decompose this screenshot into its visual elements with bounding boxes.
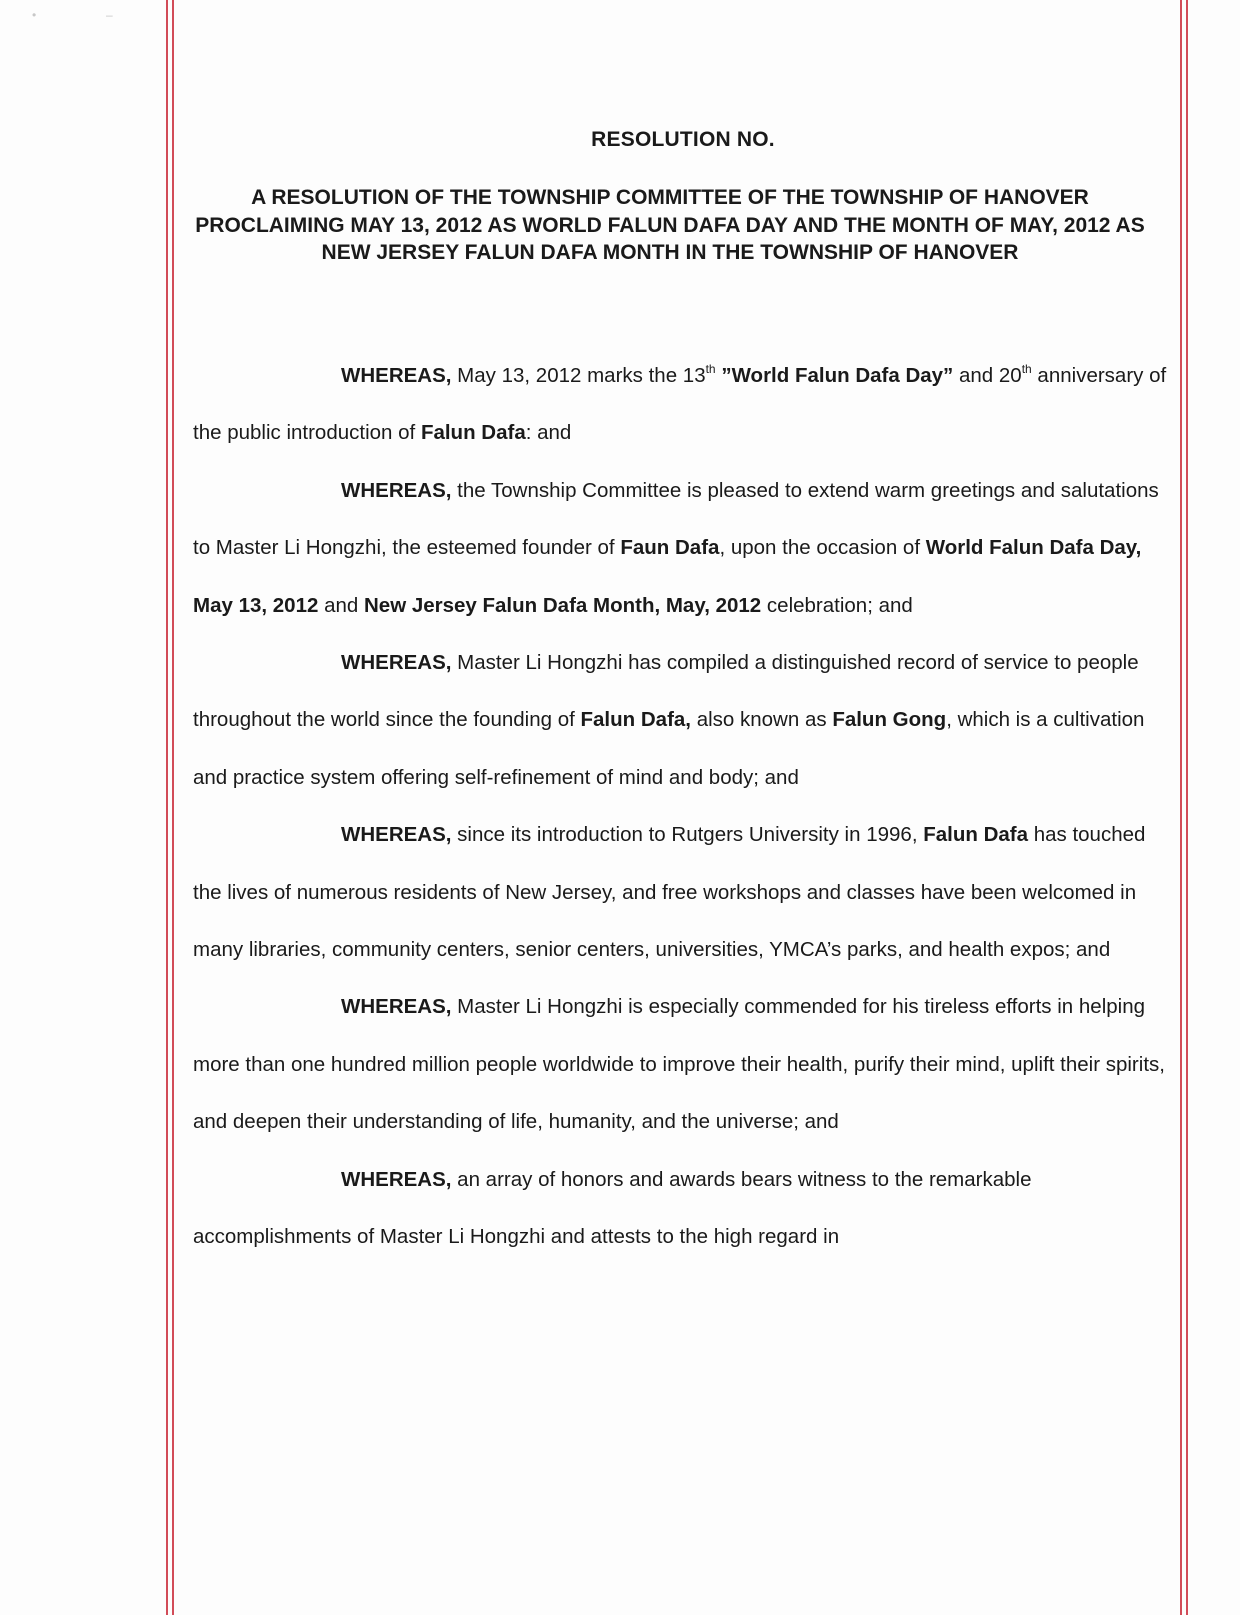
resolution-body: WHEREAS, May 13, 2012 marks the 13th ”Wo… bbox=[193, 347, 1168, 1266]
body-text: celebration; and bbox=[761, 594, 913, 617]
right-margin-rule-outer bbox=[1186, 0, 1188, 1615]
bold-text: WHEREAS, bbox=[341, 1168, 451, 1191]
whereas-paragraph: WHEREAS, the Township Committee is pleas… bbox=[193, 462, 1168, 634]
body-text: and bbox=[318, 594, 364, 617]
bold-text: WHEREAS, bbox=[341, 479, 451, 502]
whereas-paragraph: WHEREAS, May 13, 2012 marks the 13th ”Wo… bbox=[193, 347, 1168, 462]
left-margin-rule bbox=[166, 0, 168, 1615]
body-text: , upon the occasion of bbox=[719, 536, 925, 559]
bold-text: WHEREAS, bbox=[341, 651, 451, 674]
body-text: since its introduction to Rutgers Univer… bbox=[451, 823, 923, 846]
superscript-text: th bbox=[1022, 362, 1032, 376]
body-text: May 13, 2012 marks the 13 bbox=[451, 364, 705, 387]
resolution-number-heading: RESOLUTION NO. bbox=[0, 128, 1240, 152]
body-text: Master Li Hongzhi is especially commende… bbox=[193, 995, 1165, 1133]
bold-text: WHEREAS, bbox=[341, 364, 451, 387]
whereas-paragraph: WHEREAS, an array of honors and awards b… bbox=[193, 1151, 1168, 1266]
superscript-text: th bbox=[706, 362, 716, 376]
body-text: : and bbox=[526, 421, 572, 444]
resolution-title: A RESOLUTION OF THE TOWNSHIP COMMITTEE O… bbox=[190, 184, 1150, 267]
bold-text: Falun Gong bbox=[832, 708, 946, 731]
body-text: an array of honors and awards bears witn… bbox=[193, 1168, 1031, 1248]
whereas-paragraph: WHEREAS, Master Li Hongzhi has compiled … bbox=[193, 634, 1168, 806]
document-page: • – RESOLUTION NO. A RESOLUTION OF THE T… bbox=[0, 0, 1240, 1615]
bold-text: WHEREAS, bbox=[341, 823, 451, 846]
bold-text: Faun Dafa bbox=[620, 536, 719, 559]
left-margin-rule-inner bbox=[172, 0, 174, 1615]
scan-artifact-mark: • bbox=[32, 8, 36, 22]
bold-text: Falun Dafa bbox=[421, 421, 526, 444]
whereas-paragraph: WHEREAS, Master Li Hongzhi is especially… bbox=[193, 978, 1168, 1150]
scan-artifact-mark: – bbox=[106, 8, 113, 22]
bold-text: WHEREAS, bbox=[341, 995, 451, 1018]
body-text: and 20 bbox=[953, 364, 1021, 387]
body-text: also known as bbox=[691, 708, 832, 731]
bold-text: Falun Dafa bbox=[923, 823, 1028, 846]
bold-text: ”World Falun Dafa Day” bbox=[721, 364, 953, 387]
bold-text: New Jersey Falun Dafa Month, May, 2012 bbox=[364, 594, 761, 617]
right-margin-rule bbox=[1180, 0, 1182, 1615]
whereas-paragraph: WHEREAS, since its introduction to Rutge… bbox=[193, 806, 1168, 978]
bold-text: Falun Dafa, bbox=[581, 708, 692, 731]
